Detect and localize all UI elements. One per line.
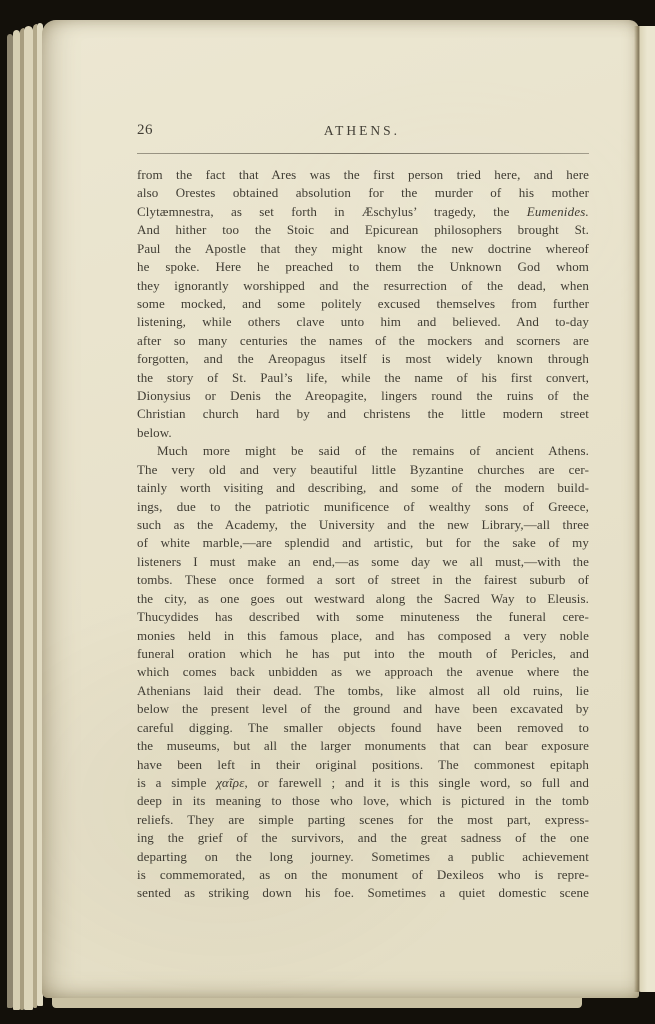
text-line: is commemorated, as on the monument of D… — [137, 866, 589, 884]
text-line: monies held in this famous place, and ha… — [137, 627, 589, 645]
under-page-edge — [52, 998, 582, 1008]
text-line: tombs. These once formed a sort of stree… — [137, 571, 589, 589]
text-line: they ignorantly worshipped and the resur… — [137, 277, 589, 295]
text-line: reliefs. They are simple parting scenes … — [137, 811, 589, 829]
running-head: ATHENS. — [137, 123, 587, 139]
page-crease — [634, 26, 640, 992]
text-line: such as the Academy, the University and … — [137, 516, 589, 534]
text-line: he spoke. Here he preached to them the U… — [137, 258, 589, 276]
text-line: ings, due to the patriotic munificence o… — [137, 498, 589, 516]
text-line: below the present level of the ground an… — [137, 700, 589, 718]
text-line: after so many centuries the names of the… — [137, 332, 589, 350]
text-line: careful digging. The smaller objects fou… — [137, 719, 589, 737]
text-line: some mocked, and some politely excused t… — [137, 295, 589, 313]
text-line: funeral oration which he has put into th… — [137, 645, 589, 663]
text-line: listeners I must make an end,—as some da… — [137, 553, 589, 571]
page-stack-edge — [24, 26, 33, 1010]
text-line: Christian church hard by and christens t… — [137, 405, 589, 423]
text-line: the museums, but all the larger monument… — [137, 737, 589, 755]
text-line: Much more might be said of the remains o… — [137, 442, 589, 460]
text-line: The very old and very beautiful little B… — [137, 461, 589, 479]
text-line: ing the grief of the survivors, and the … — [137, 829, 589, 847]
book-page: 26 ATHENS. from the fact that Ares was t… — [42, 20, 639, 998]
text-line: forgotten, and the Areopagus itself is m… — [137, 350, 589, 368]
paragraph: Much more might be said of the remains o… — [137, 442, 589, 903]
text-line: Athenians laid their dead. The tombs, li… — [137, 682, 589, 700]
text-line: the city, as one goes out westward along… — [137, 590, 589, 608]
text-line: have been left in their original positio… — [137, 756, 589, 774]
text-line: listening, while others clave unto him a… — [137, 313, 589, 331]
text-line: is a simple χαῖρε, or farewell ; and it … — [137, 774, 589, 792]
text-line: which comes back unbidden as we approach… — [137, 663, 589, 681]
header-rule — [137, 153, 589, 154]
text-line: And hither too the Stoic and Epicurean p… — [137, 221, 589, 239]
text-line: from the fact that Ares was the first pe… — [137, 166, 589, 184]
text-line: Dionysius or Denis the Areopagite, linge… — [137, 387, 589, 405]
page-stack-edge — [13, 30, 20, 1010]
text-line: tainly worth visiting and describing, an… — [137, 479, 589, 497]
adjacent-page-sliver — [638, 26, 655, 992]
text-line: Thucydides has described with some minut… — [137, 608, 589, 626]
text-line: Clytæmnestra, as set forth in Æschylus’ … — [137, 203, 589, 221]
text-line: of white marble,—are splendid and artist… — [137, 534, 589, 552]
text-line: Paul the Apostle that they might know th… — [137, 240, 589, 258]
paragraph: from the fact that Ares was the first pe… — [137, 166, 589, 442]
text-line: below. — [137, 424, 589, 442]
book-scan-scene: 26 ATHENS. from the fact that Ares was t… — [0, 0, 655, 1024]
text-line: departing on the long journey. Sometimes… — [137, 848, 589, 866]
page-body: from the fact that Ares was the first pe… — [137, 166, 589, 903]
text-line: also Orestes obtained absolution for the… — [137, 184, 589, 202]
text-line: the story of St. Paul’s life, while the … — [137, 369, 589, 387]
text-line: sented as striking down his foe. Sometim… — [137, 884, 589, 902]
text-line: deep in its meaning to those who love, w… — [137, 792, 589, 810]
page-header: 26 ATHENS. — [137, 120, 587, 142]
